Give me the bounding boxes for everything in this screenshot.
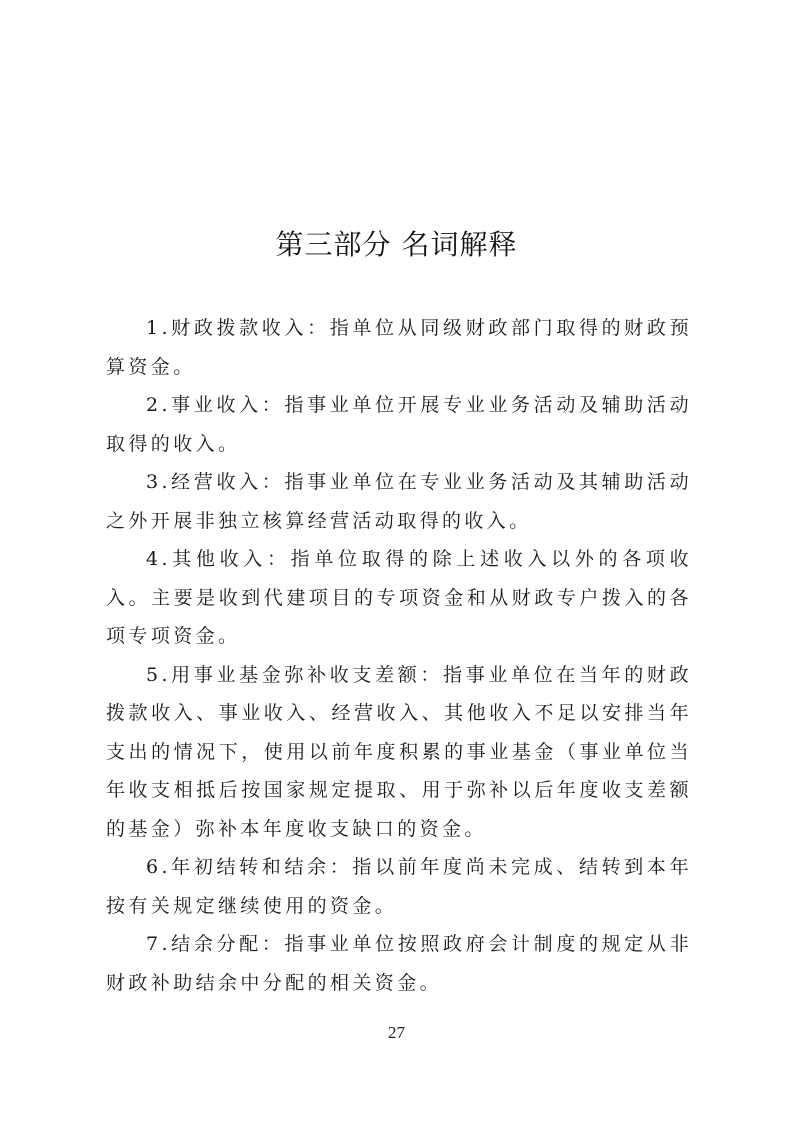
document-body: 1.财政拨款收入：指单位从同级财政部门取得的财政预算资金。 2.事业收入：指事业… bbox=[106, 309, 692, 1002]
page-number: 27 bbox=[0, 1023, 793, 1043]
page-title: 第三部分 名词解释 bbox=[0, 223, 793, 263]
paragraph-6: 6.年初结转和结余：指以前年度尚未完成、结转到本年按有关规定继续使用的资金。 bbox=[106, 848, 692, 925]
document-page: 第三部分 名词解释 1.财政拨款收入：指单位从同级财政部门取得的财政预算资金。 … bbox=[0, 0, 793, 1122]
paragraph-5: 5.用事业基金弥补收支差额：指事业单位在当年的财政拨款收入、事业收入、经营收入、… bbox=[106, 656, 692, 849]
paragraph-4: 4.其他收入：指单位取得的除上述收入以外的各项收入。主要是收到代建项目的专项资金… bbox=[106, 540, 692, 656]
paragraph-2: 2.事业收入：指事业单位开展专业业务活动及辅助活动取得的收入。 bbox=[106, 386, 692, 463]
paragraph-3: 3.经营收入：指事业单位在专业业务活动及其辅助活动之外开展非独立核算经营活动取得… bbox=[106, 463, 692, 540]
paragraph-1: 1.财政拨款收入：指单位从同级财政部门取得的财政预算资金。 bbox=[106, 309, 692, 386]
paragraph-7: 7.结余分配：指事业单位按照政府会计制度的规定从非财政补助结余中分配的相关资金。 bbox=[106, 925, 692, 1002]
